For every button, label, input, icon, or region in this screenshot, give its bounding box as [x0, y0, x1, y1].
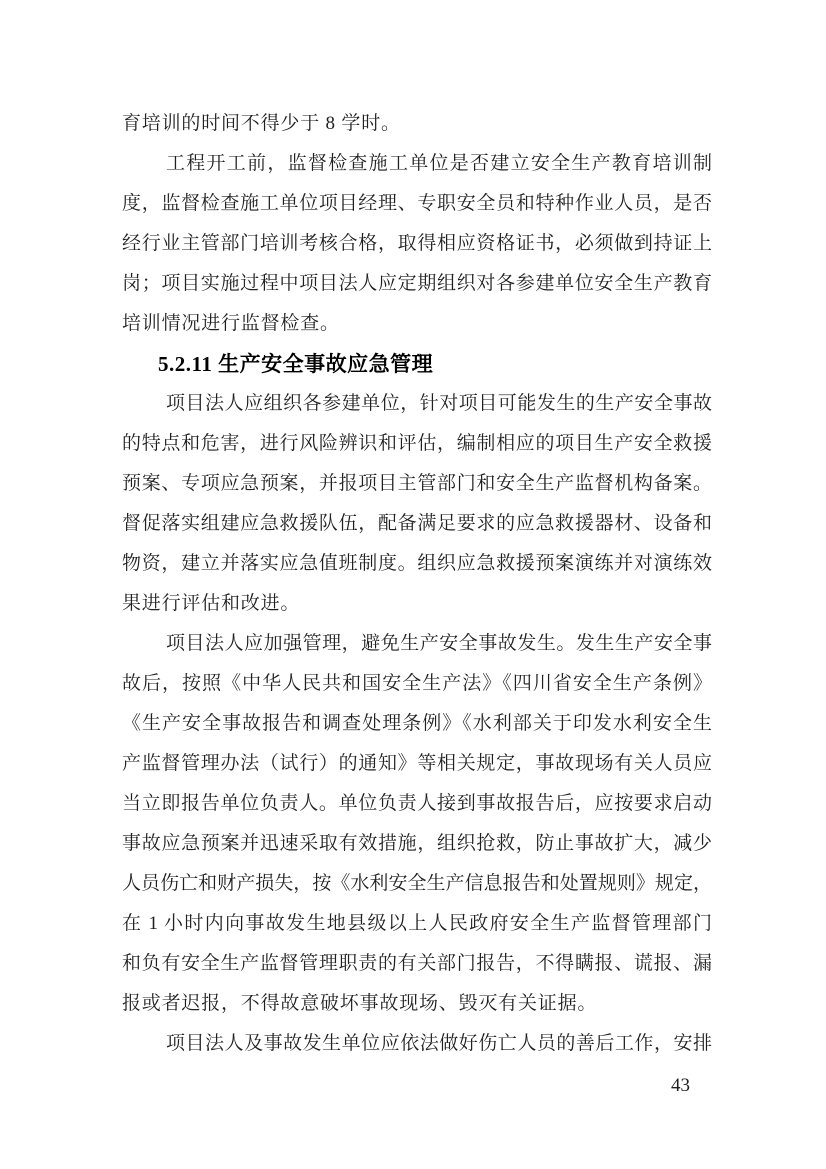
text-line: 人员伤亡和财产损失，按《水利安全生产信息报告和处置规则》规定， [122, 864, 712, 904]
text-line: 产监督管理办法（试行）的通知》等相关规定，事故现场有关人员应 [122, 744, 712, 784]
text-line: 项目法人应加强管理，避免生产安全事故发生。发生生产安全事 [122, 624, 712, 664]
text-line: 项目法人及事故发生单位应依法做好伤亡人员的善后工作，安排 [122, 1024, 712, 1064]
text-line: 故后，按照《中华人民共和国安全生产法》《四川省安全生产条例》 [122, 664, 712, 704]
text-line: 育培训的时间不得少于 8 学时。 [122, 104, 712, 144]
text-line: 经行业主管部门培训考核合格，取得相应资格证书，必须做到持证上 [122, 224, 712, 264]
text-line: 报或者迟报，不得故意破坏事故现场、毁灭有关证据。 [122, 984, 712, 1024]
page-number: 43 [122, 1072, 690, 1100]
text-line: 的特点和危害，进行风险辨识和评估，编制相应的项目生产安全救援 [122, 424, 712, 464]
text-line: 项目法人应组织各参建单位，针对项目可能发生的生产安全事故 [122, 384, 712, 424]
document-body: 育培训的时间不得少于 8 学时。工程开工前，监督检查施工单位是否建立安全生产教育… [122, 104, 712, 1064]
text-line: 度，监督检查施工单位项目经理、专职安全员和特种作业人员，是否 [122, 184, 712, 224]
text-line: 岗；项目实施过程中项目法人应定期组织对各参建单位安全生产教育 [122, 264, 712, 304]
text-line: 当立即报告单位负责人。单位负责人接到事故报告后，应按要求启动 [122, 784, 712, 824]
document-page: 育培训的时间不得少于 8 学时。工程开工前，监督检查施工单位是否建立安全生产教育… [0, 0, 826, 1169]
text-line: 督促落实组建应急救援队伍，配备满足要求的应急救援器材、设备和 [122, 504, 712, 544]
text-line: 培训情况进行监督检查。 [122, 304, 712, 344]
text-line: 工程开工前，监督检查施工单位是否建立安全生产教育培训制 [122, 144, 712, 184]
text-line: 在 1 小时内向事故发生地县级以上人民政府安全生产监督管理部门 [122, 904, 712, 944]
text-line: 预案、专项应急预案，并报项目主管部门和安全生产监督机构备案。 [122, 464, 712, 504]
section-heading: 5.2.11 生产安全事故应急管理 [122, 344, 712, 384]
text-line: 和负有安全生产监督管理职责的有关部门报告，不得瞒报、谎报、漏 [122, 944, 712, 984]
text-line: 事故应急预案并迅速采取有效措施，组织抢救，防止事故扩大，减少 [122, 824, 712, 864]
text-line: 物资，建立并落实应急值班制度。组织应急救援预案演练并对演练效 [122, 544, 712, 584]
text-line: 果进行评估和改进。 [122, 584, 712, 624]
text-line: 《生产安全事故报告和调查处理条例》《水利部关于印发水利安全生 [122, 704, 712, 744]
